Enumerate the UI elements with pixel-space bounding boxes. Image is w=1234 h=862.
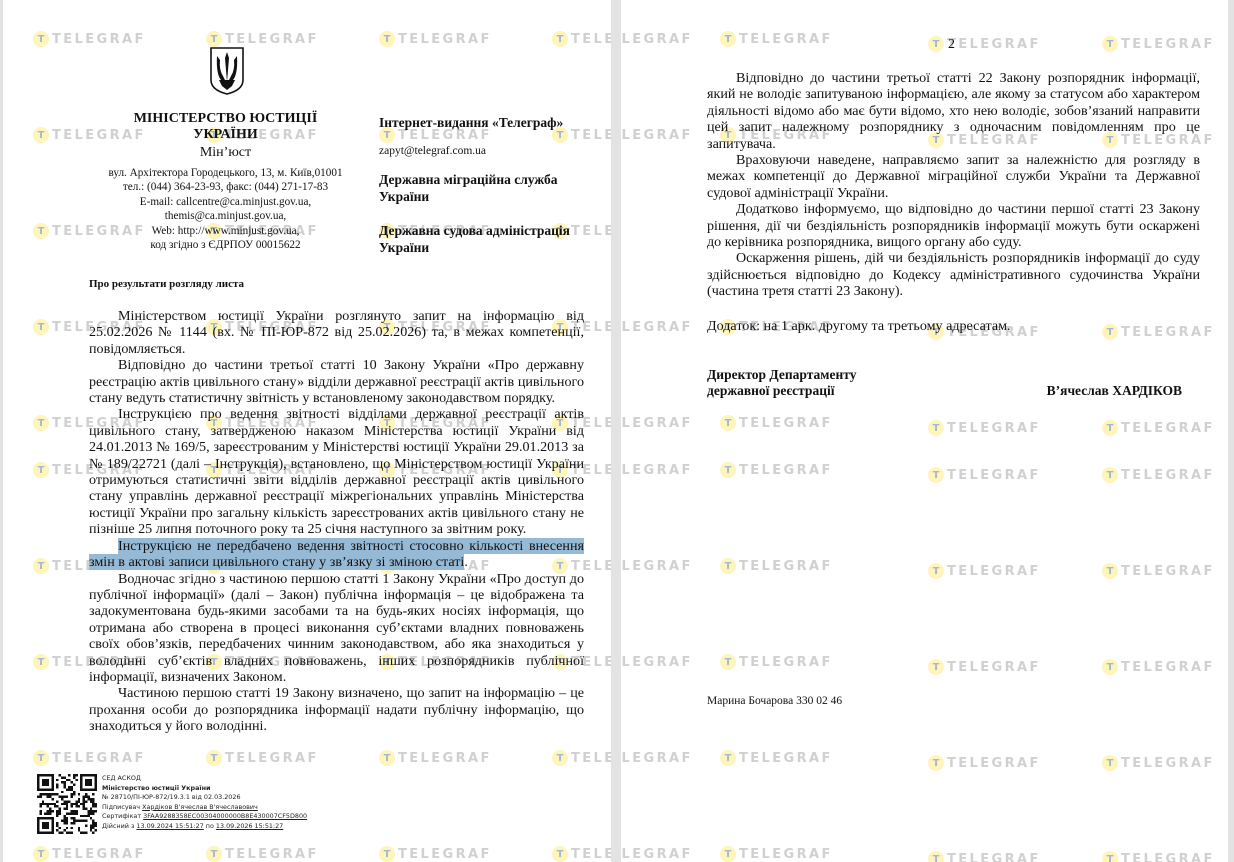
telegraf-watermark: TTELEGRAF [621, 846, 693, 862]
recipients-block: Інтернет-видання «Телеграф» zapyt@telegr… [379, 114, 594, 256]
sig-signer: Хардіков В'ячеслав В'ячеславович [142, 803, 258, 811]
telegraf-watermark: TTELEGRAF [1102, 755, 1215, 771]
telegraf-watermark: TTELEGRAF [928, 420, 1041, 436]
telegraf-t-logo-icon: T [33, 654, 49, 670]
telegraf-watermark: TTELEGRAF [33, 750, 146, 766]
telegraf-t-logo-icon: T [33, 127, 49, 143]
ministry-phone: тел.: (044) 364-23-93, факс: (044) 271-1… [78, 180, 373, 194]
telegraf-t-logo-icon: T [33, 319, 49, 335]
telegraf-t-logo-icon: T [928, 36, 944, 52]
ministry-header: МІНІСТЕРСТВО ЮСТИЦІЇ УКРАЇНИ Мін’юст вул… [78, 111, 373, 252]
telegraf-watermark: TTELEGRAF [621, 31, 693, 47]
recipient-org-1: Державна міграційна служба України [379, 171, 594, 205]
highlighted-paragraph[interactable]: Інструкцією не передбачено ведення звітн… [89, 538, 584, 571]
recipient-email: zapyt@telegraf.com.ua [379, 144, 594, 158]
signer-block: Директор Департаменту державної реєстрац… [707, 367, 1182, 399]
letter-subject: Про результати розгляду листа [89, 278, 244, 290]
telegraf-watermark: TTELEGRAF [33, 31, 146, 47]
ministry-name-line2: УКРАЇНИ [78, 127, 373, 143]
sig-cert: 3FAA9288358EC00304000000B8E430007CF5D800 [143, 812, 307, 820]
telegraf-t-logo-icon: T [720, 750, 736, 766]
telegraf-watermark: TTELEGRAF [1102, 851, 1215, 862]
telegraf-watermark: TTELEGRAF [1102, 324, 1215, 340]
telegraf-t-logo-icon: T [720, 415, 736, 431]
telegraf-watermark: TTELEGRAF [928, 755, 1041, 771]
telegraf-t-logo-icon: T [1102, 659, 1118, 675]
recipient-org-2-line2: України [379, 239, 594, 256]
paragraph: Відповідно до частини третьої статті 22 … [707, 70, 1200, 152]
document-page-1: TTELEGRAFTTELEGRAFTTELEGRAFTTELEGRAFTTEL… [3, 0, 611, 862]
telegraf-t-logo-icon: T [928, 563, 944, 579]
paragraph: Водночас згідно з частиною першою статті… [89, 571, 584, 686]
telegraf-watermark: TTELEGRAF [1102, 36, 1215, 52]
telegraf-t-logo-icon: T [379, 750, 395, 766]
paragraph-end: . [464, 554, 468, 570]
telegraf-t-logo-icon: T [720, 654, 736, 670]
telegraf-t-logo-icon: T [1102, 563, 1118, 579]
paragraph: Міністерством юстиції України розглянуто… [89, 308, 584, 357]
telegraf-watermark: TTELEGRAF [621, 558, 693, 574]
letter-body: Міністерством юстиції України розглянуто… [89, 308, 584, 735]
telegraf-t-logo-icon: T [379, 31, 395, 47]
telegraf-watermark: TTELEGRAF [552, 846, 611, 862]
telegraf-t-logo-icon: T [720, 31, 736, 47]
telegraf-t-logo-icon: T [33, 558, 49, 574]
telegraf-t-logo-icon: T [928, 851, 944, 862]
telegraf-t-logo-icon: T [33, 223, 49, 239]
telegraf-t-logo-icon: T [33, 846, 49, 862]
telegraf-watermark: TTELEGRAF [552, 750, 611, 766]
telegraf-t-logo-icon: T [206, 31, 222, 47]
paragraph: Враховуючи наведене, направляємо запит з… [707, 152, 1200, 201]
telegraf-t-logo-icon: T [552, 31, 568, 47]
paragraph: Відповідно до частини третьої статті 10 … [89, 357, 584, 406]
telegraf-watermark: TTELEGRAF [1102, 467, 1215, 483]
telegraf-t-logo-icon: T [33, 415, 49, 431]
telegraf-watermark: TTELEGRAF [621, 319, 693, 335]
letter-body-continued: Відповідно до частини третьої статті 22 … [707, 70, 1200, 300]
telegraf-t-logo-icon: T [1102, 420, 1118, 436]
recipient-org-2: Державна судова адміністрація України [379, 222, 594, 256]
sig-signer-label: Підписувач [102, 803, 140, 811]
telegraf-watermark: TTELEGRAF [928, 467, 1041, 483]
telegraf-t-logo-icon: T [1102, 36, 1118, 52]
telegraf-watermark: TTELEGRAF [928, 36, 1041, 52]
telegraf-watermark: TTELEGRAF [1102, 420, 1215, 436]
ministry-name: МІНІСТЕРСТВО ЮСТИЦІЇ [78, 111, 373, 127]
telegraf-watermark: TTELEGRAF [206, 846, 319, 862]
telegraf-t-logo-icon: T [928, 467, 944, 483]
telegraf-t-logo-icon: T [1102, 851, 1118, 862]
telegraf-watermark: TTELEGRAF [720, 31, 833, 47]
ministry-web: Web: http://www.minjust.gov.ua, [78, 224, 373, 238]
page-number: 2 [948, 37, 955, 53]
telegraf-watermark: TTELEGRAF [379, 750, 492, 766]
telegraf-watermark: TTELEGRAF [720, 846, 833, 862]
telegraf-t-logo-icon: T [552, 846, 568, 862]
telegraf-t-logo-icon: T [206, 846, 222, 862]
ministry-email: E-mail: callcentre@ca.minjust.gov.ua, [78, 195, 373, 209]
telegraf-watermark: TTELEGRAF [379, 31, 492, 47]
ministry-address: вул. Архітектора Городецького, 13, м. Ки… [78, 166, 373, 180]
telegraf-watermark: TTELEGRAF [1102, 563, 1215, 579]
ministry-edrpou: код згідно з ЄДРПОУ 00015622 [78, 238, 373, 252]
text-selection-highlight[interactable]: Інструкцією не передбачено ведення звітн… [89, 538, 584, 570]
telegraf-watermark: TTELEGRAF [552, 31, 611, 47]
document-page-2: TTELEGRAFTTELEGRAFTTELEGRAFTTELEGRAFTTEL… [621, 0, 1228, 862]
sig-reg-number: № 28710/ПІ-ЮР-872/19.3.1 від 02.03.2026 [102, 793, 307, 803]
sig-valid-to: 13.09.2026 15:51:27 [216, 822, 283, 830]
executor-contact: Марина Бочарова 330 02 46 [707, 695, 842, 707]
paragraph: Додатково інформуємо, що відповідно до ч… [707, 201, 1200, 250]
telegraf-t-logo-icon: T [928, 755, 944, 771]
telegraf-t-logo-icon: T [33, 750, 49, 766]
sig-cert-label: Сертифікат [102, 812, 141, 820]
telegraf-watermark: TTELEGRAF [379, 846, 492, 862]
telegraf-t-logo-icon: T [720, 846, 736, 862]
telegraf-t-logo-icon: T [928, 420, 944, 436]
telegraf-t-logo-icon: T [379, 846, 395, 862]
ukraine-trident-coat-of-arms-icon [209, 46, 245, 96]
telegraf-watermark: TTELEGRAF [720, 462, 833, 478]
telegraf-t-logo-icon: T [1102, 755, 1118, 771]
telegraf-watermark: TTELEGRAF [720, 558, 833, 574]
recipient-org-1-line1: Державна міграційна служба [379, 171, 594, 188]
telegraf-t-logo-icon: T [720, 462, 736, 478]
telegraf-t-logo-icon: T [33, 31, 49, 47]
sig-valid-to-label: по [206, 822, 214, 830]
telegraf-t-logo-icon: T [552, 750, 568, 766]
telegraf-watermark: TTELEGRAF [621, 127, 693, 143]
attachment-note: Додаток: на 1 арк. другому та третьому а… [707, 318, 1011, 335]
sig-org: Міністерство юстиції України [102, 784, 307, 794]
electronic-signature-stamp: СЕД АСКОД Міністерство юстиції України №… [37, 774, 307, 834]
qr-code-icon [37, 774, 97, 834]
telegraf-watermark: TTELEGRAF [206, 750, 319, 766]
recipient-org-1-line2: України [379, 188, 594, 205]
sig-valid-from: 13.09.2024 15:51:27 [136, 822, 203, 830]
telegraf-watermark: TTELEGRAF [720, 415, 833, 431]
telegraf-watermark: TTELEGRAF [621, 654, 693, 670]
paragraph: Оскарження рішень, дій чи бездіяльність … [707, 250, 1200, 299]
telegraf-watermark: TTELEGRAF [1102, 659, 1215, 675]
telegraf-t-logo-icon: T [1102, 467, 1118, 483]
sig-system: СЕД АСКОД [102, 774, 307, 784]
recipient-org-2-line1: Державна судова адміністрація [379, 222, 594, 239]
telegraf-watermark: TTELEGRAF [33, 846, 146, 862]
telegraf-t-logo-icon: T [1102, 324, 1118, 340]
ministry-email-2: themis@ca.minjust.gov.ua, [78, 209, 373, 223]
telegraf-watermark: TTELEGRAF [206, 31, 319, 47]
telegraf-watermark: TTELEGRAF [621, 750, 693, 766]
ministry-short-name: Мін’юст [78, 144, 373, 161]
paragraph: Інструкцією про ведення звітності відділ… [89, 406, 584, 537]
signer-title-line1: Директор Департаменту [707, 367, 1182, 383]
signer-name: В’ячеслав ХАРДІКОВ [1047, 383, 1182, 399]
telegraf-t-logo-icon: T [720, 558, 736, 574]
telegraf-watermark: TTELEGRAF [928, 659, 1041, 675]
sig-valid-label: Дійсний з [102, 822, 134, 830]
telegraf-watermark: TTELEGRAF [621, 415, 693, 431]
telegraf-watermark: TTELEGRAF [720, 654, 833, 670]
recipient-title: Інтернет-видання «Телеграф» [379, 114, 594, 131]
telegraf-t-logo-icon: T [928, 659, 944, 675]
telegraf-t-logo-icon: T [206, 750, 222, 766]
paragraph: Частиною першою статті 19 Закону визначе… [89, 685, 584, 734]
telegraf-watermark: TTELEGRAF [928, 563, 1041, 579]
telegraf-watermark: TTELEGRAF [720, 750, 833, 766]
telegraf-t-logo-icon: T [33, 462, 49, 478]
telegraf-watermark: TTELEGRAF [621, 462, 693, 478]
telegraf-watermark: TTELEGRAF [928, 851, 1041, 862]
